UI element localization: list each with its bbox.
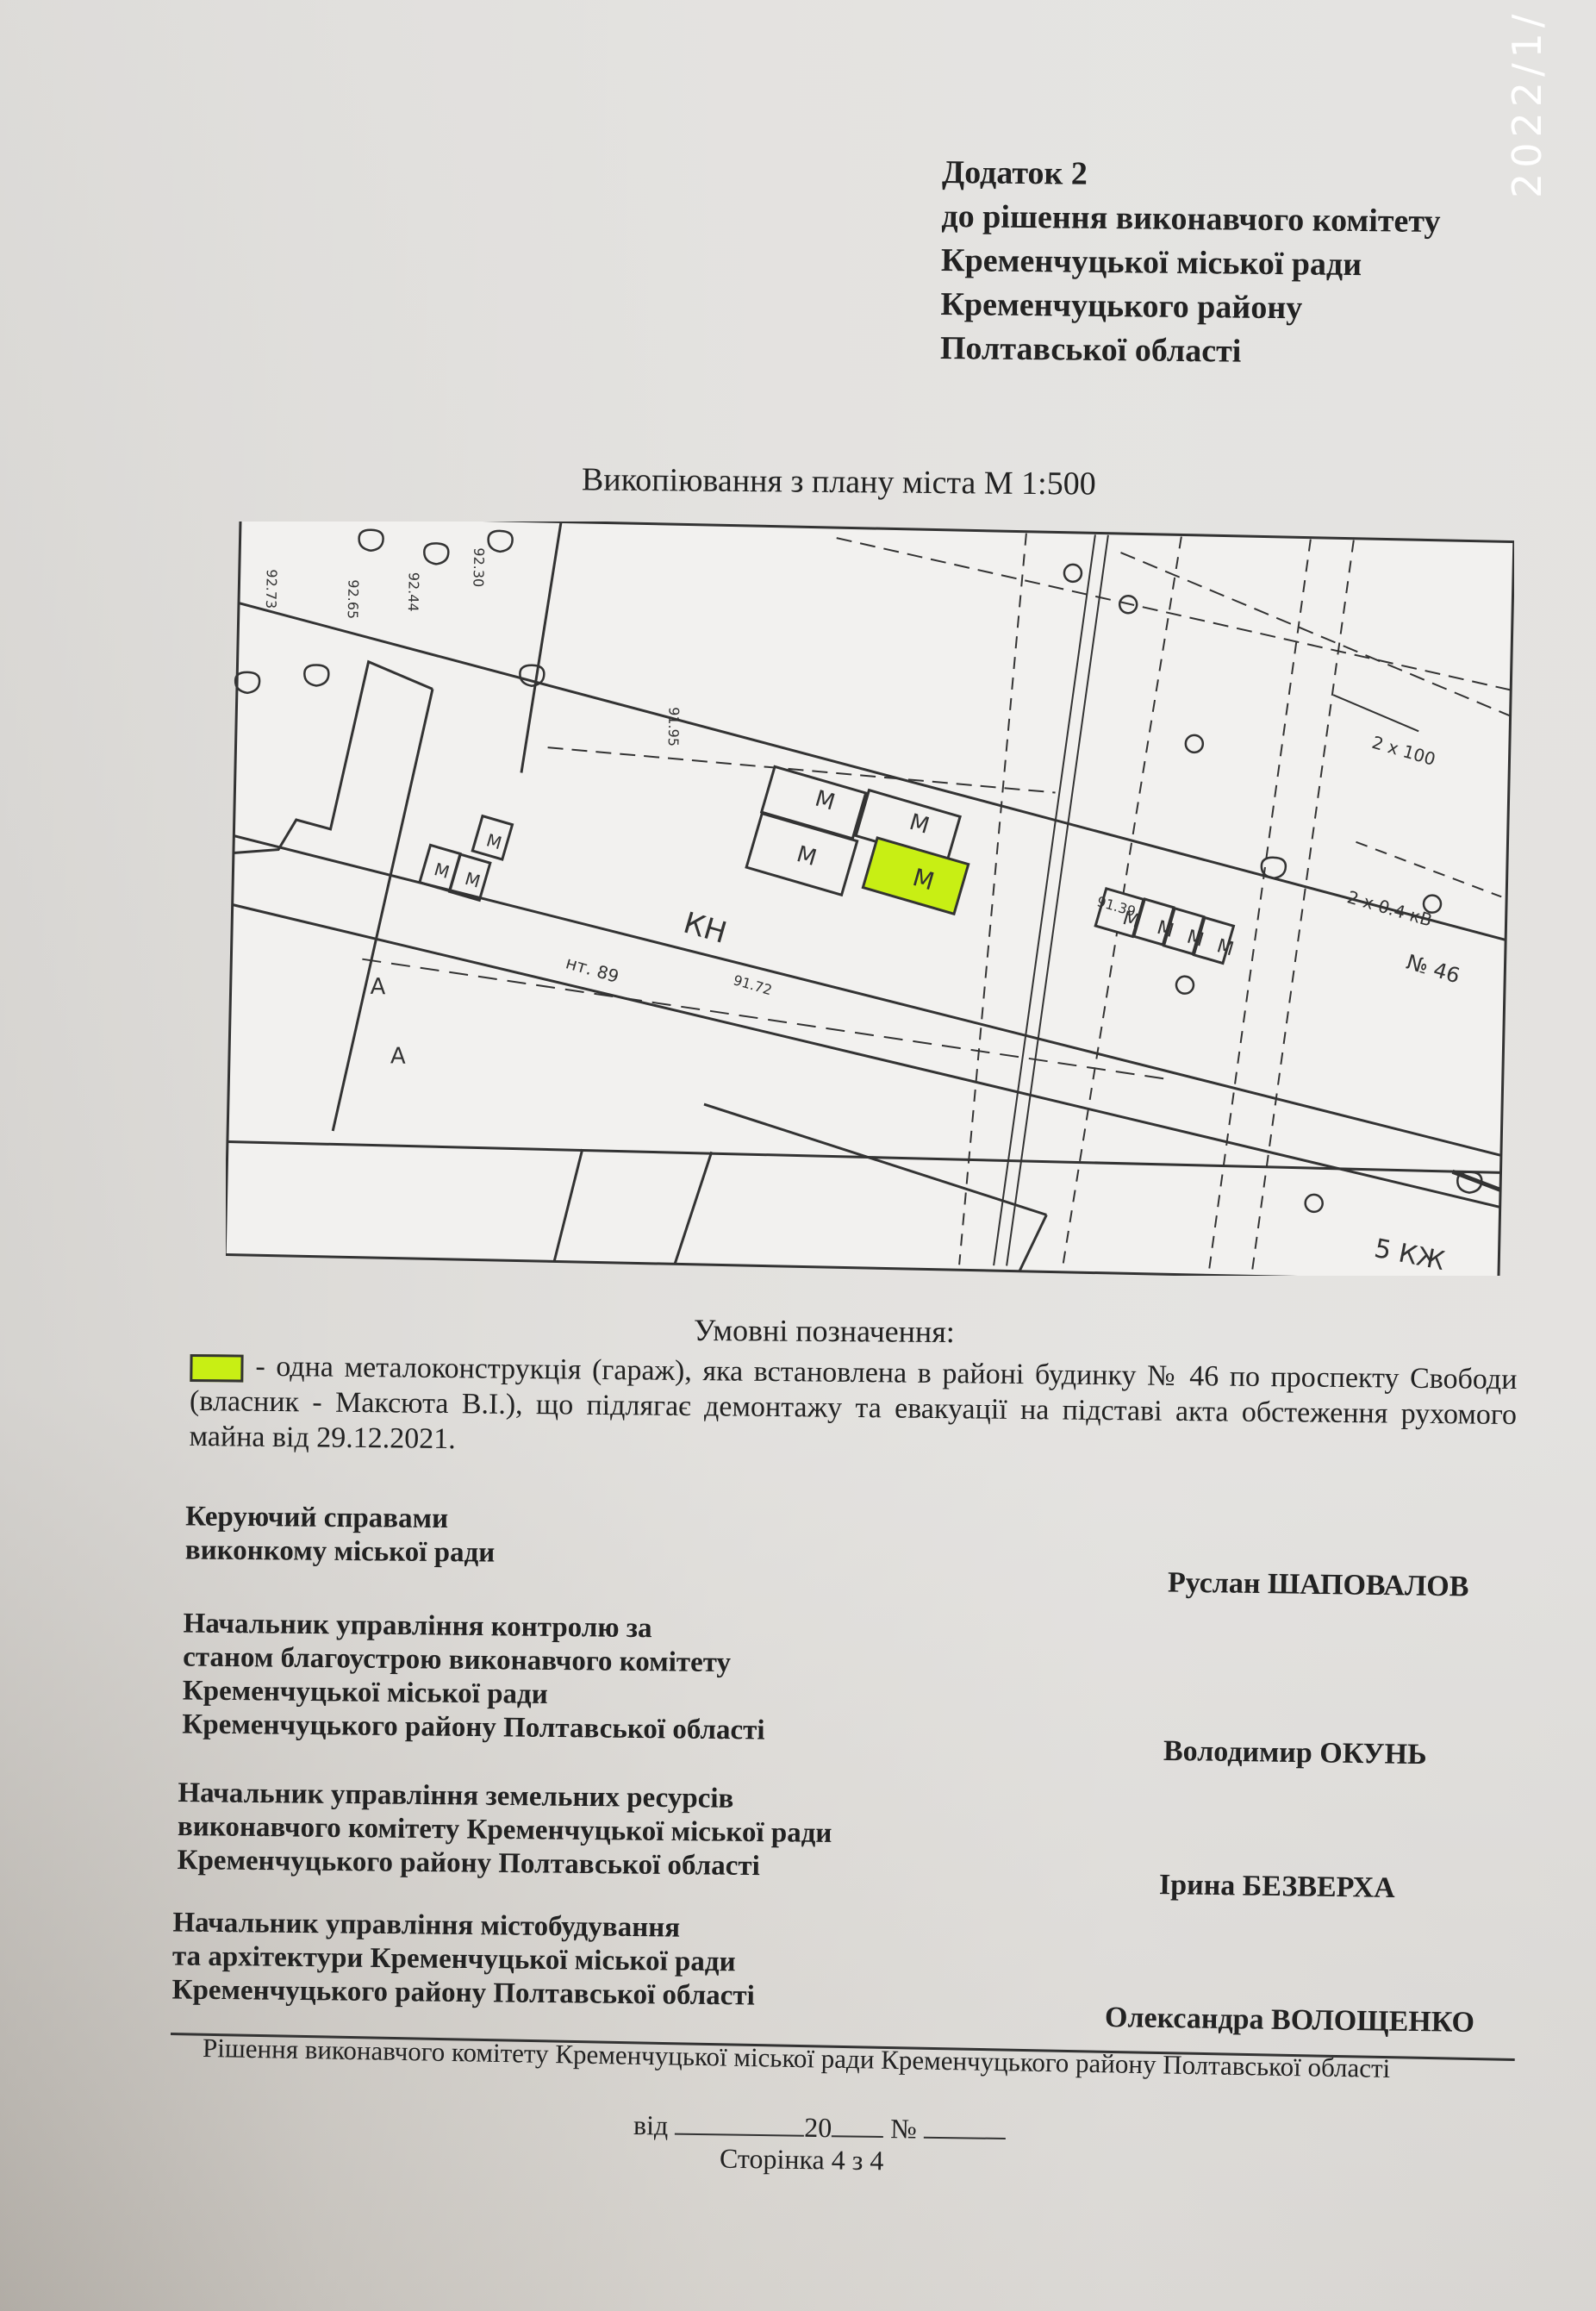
footer-date-line: від 20 №	[633, 2109, 1006, 2146]
svg-text:92.44: 92.44	[405, 572, 422, 612]
year-blank	[832, 2135, 883, 2138]
svg-text:А: А	[370, 974, 386, 1000]
signature-name-2: Володимир ОКУНЬ	[1163, 1735, 1427, 1771]
map-frame	[226, 522, 1514, 1276]
signature-name-3: Ірина БЕЗВЕРХА	[1159, 1869, 1395, 1905]
svg-text:92.73: 92.73	[263, 569, 280, 609]
photo-timestamp-watermark: 2022/1/	[1504, 9, 1550, 198]
page-number: Сторінка 4 з 4	[720, 2143, 884, 2177]
svg-text:91.95: 91.95	[665, 707, 683, 746]
appendix-header: Додаток 2 до рішення виконавчого комітет…	[940, 151, 1442, 376]
legend-swatch-garage	[190, 1354, 243, 1383]
signature-role-2: Начальник управління контролю за станом …	[182, 1607, 766, 1747]
legend-text: - одна металоконструкція (гараж), яка вс…	[189, 1351, 1517, 1455]
legend: - одна металоконструкція (гараж), яка вс…	[189, 1348, 1517, 1468]
signature-role-1: Керуючий справами виконкому міської ради	[185, 1500, 496, 1570]
signature-name-1: Руслан ШАПОВАЛОВ	[1168, 1567, 1469, 1604]
signature-role-3: Начальник управління земельних ресурсів …	[177, 1777, 832, 1884]
svg-text:92.30: 92.30	[470, 547, 487, 587]
header-line: Додаток 2	[942, 151, 1442, 200]
svg-text:92.65: 92.65	[345, 579, 362, 619]
city-plan-map: КН М М М М М М М М М М М № 46 5 КЖ нт. 8…	[226, 522, 1514, 1276]
header-line: Кременчуцької міської ради	[941, 239, 1441, 288]
header-line: до рішення виконавчого комітету	[941, 195, 1441, 244]
date-blank	[675, 2133, 804, 2137]
signature-name-4: Олександра ВОЛОЩЕНКО	[1105, 2002, 1474, 2039]
number-blank	[924, 2137, 1006, 2139]
header-line: Полтавської області	[940, 327, 1440, 376]
map-title: Викопіювання з плану міста М 1:500	[582, 460, 1096, 503]
header-line: Кременчуцького району	[940, 283, 1440, 332]
signature-role-4: Начальник управління містобудування та а…	[171, 1906, 755, 2013]
legend-title: Умовні позначення:	[694, 1312, 955, 1350]
svg-text:А: А	[390, 1043, 407, 1069]
